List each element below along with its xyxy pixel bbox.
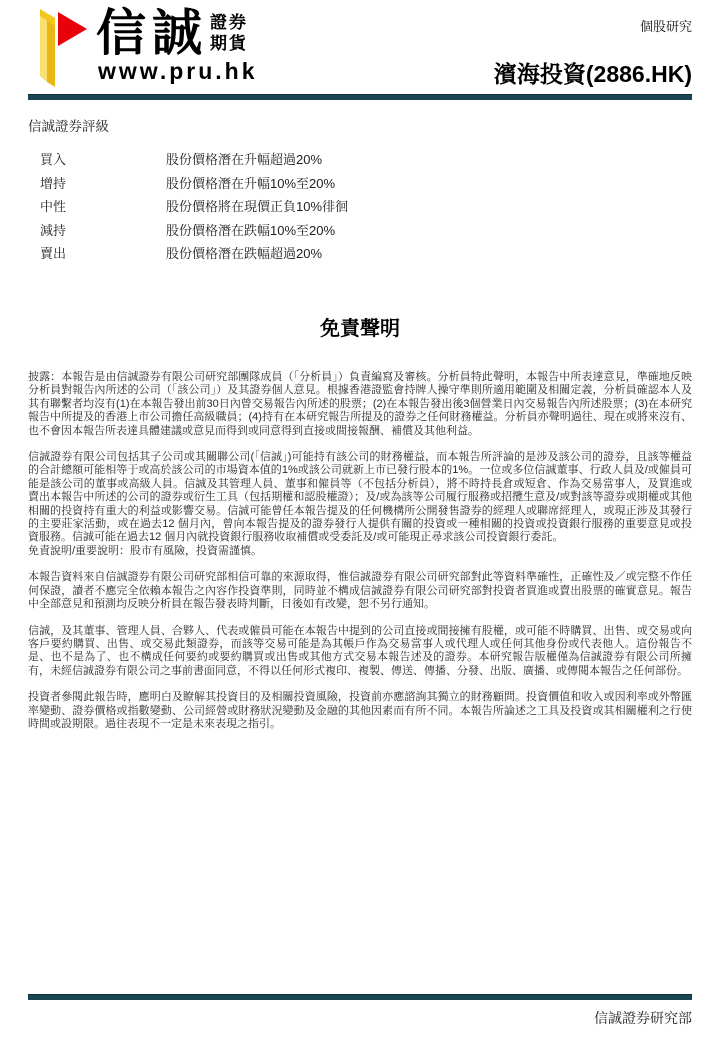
report-title: 濱海投資(2886.HK) [494, 56, 692, 89]
rating-desc: 股份價格潛在升幅10%至20% [166, 173, 335, 192]
website-link[interactable]: www.pru.hk [98, 58, 258, 85]
brand-sub-futures: 期貨 [210, 33, 248, 54]
footer-department: 信誠證券研究部 [28, 1008, 692, 1028]
rating-row-reduce: 減持 股份價格潛在跌幅10%至20% [40, 220, 692, 239]
ratings-title: 信誠證券評級 [28, 115, 692, 135]
header: 信誠 證券 期貨 www.pru.hk 個股研究 濱海投資(2886.HK) [0, 0, 720, 90]
rating-label: 中性 [40, 196, 166, 215]
rating-desc: 股份價格潛在跌幅10%至20% [166, 220, 335, 239]
rating-desc: 股份價格潛在跌幅超過20% [166, 243, 322, 262]
disclaimer-body: 披露：本報告是由信誠證券有限公司研究部團隊成員（「分析員」）負責編寫及審核。分析… [28, 371, 692, 731]
ratings-table: 買入 股份價格潛在升幅超過20% 增持 股份價格潛在升幅10%至20% 中性 股… [40, 149, 692, 262]
disclaimer-title: 免責聲明 [0, 312, 720, 341]
brand-subtitle: 證券 期貨 [210, 12, 248, 54]
rating-label: 買入 [40, 149, 166, 168]
rating-label: 賣出 [40, 243, 166, 262]
brand-name: 信誠 [96, 6, 208, 60]
report-category-label: 個股研究 [494, 16, 692, 35]
rating-row-neutral: 中性 股份價格將在現價正負10%徘徊 [40, 196, 692, 215]
disclaimer-paragraph-disclosure: 披露：本報告是由信誠證券有限公司研究部團隊成員（「分析員」）負責編寫及審核。分析… [28, 371, 692, 438]
flag-icon [28, 6, 92, 90]
header-right: 個股研究 濱海投資(2886.HK) [494, 6, 692, 89]
disclaimer-paragraph-investor-advice: 投資者參閱此報告時，應明白及瞭解其投資目的及相關投資風險，投資前亦應諮詢其獨立的… [28, 691, 692, 731]
logo-text: 信誠 證券 期貨 www.pru.hk [96, 6, 258, 85]
brand-sub-securities: 證券 [210, 12, 248, 33]
disclaimer-paragraph-risk-note: 免責說明/重要說明：股市有風險，投資需謹慎。 [28, 545, 692, 558]
rating-row-sell: 賣出 股份價格潛在跌幅超過20% [40, 243, 692, 262]
disclaimer-paragraph-sources: 本報告資料來自信誠證券有限公司研究部相信可靠的來源取得，惟信誠證券有限公司研究部… [28, 571, 692, 611]
rating-row-buy: 買入 股份價格潛在升幅超過20% [40, 149, 692, 168]
brand-logo: 信誠 證券 期貨 www.pru.hk [28, 6, 258, 90]
report-page: 信誠 證券 期貨 www.pru.hk 個股研究 濱海投資(2886.HK) 信… [0, 0, 720, 1040]
disclaimer-paragraph-interests: 信誠證券有限公司包括其子公司或其關聯公司(「信誠」)可能持有該公司的財務權益，而… [28, 451, 692, 545]
footer: 信誠證券研究部 [0, 994, 720, 1028]
disclaimer-paragraph-copyright: 信誠，及其董事、管理人員、合夥人、代表或僱員可能在本報告中提到的公司直接或間接擁… [28, 625, 692, 679]
rating-label: 增持 [40, 173, 166, 192]
rating-desc: 股份價格潛在升幅超過20% [166, 149, 322, 168]
rating-label: 減持 [40, 220, 166, 239]
rating-desc: 股份價格將在現價正負10%徘徊 [166, 196, 348, 215]
rating-row-accumulate: 增持 股份價格潛在升幅10%至20% [40, 173, 692, 192]
ratings-section: 信誠證券評級 買入 股份價格潛在升幅超過20% 增持 股份價格潛在升幅10%至2… [0, 100, 720, 262]
footer-divider [28, 994, 692, 1000]
